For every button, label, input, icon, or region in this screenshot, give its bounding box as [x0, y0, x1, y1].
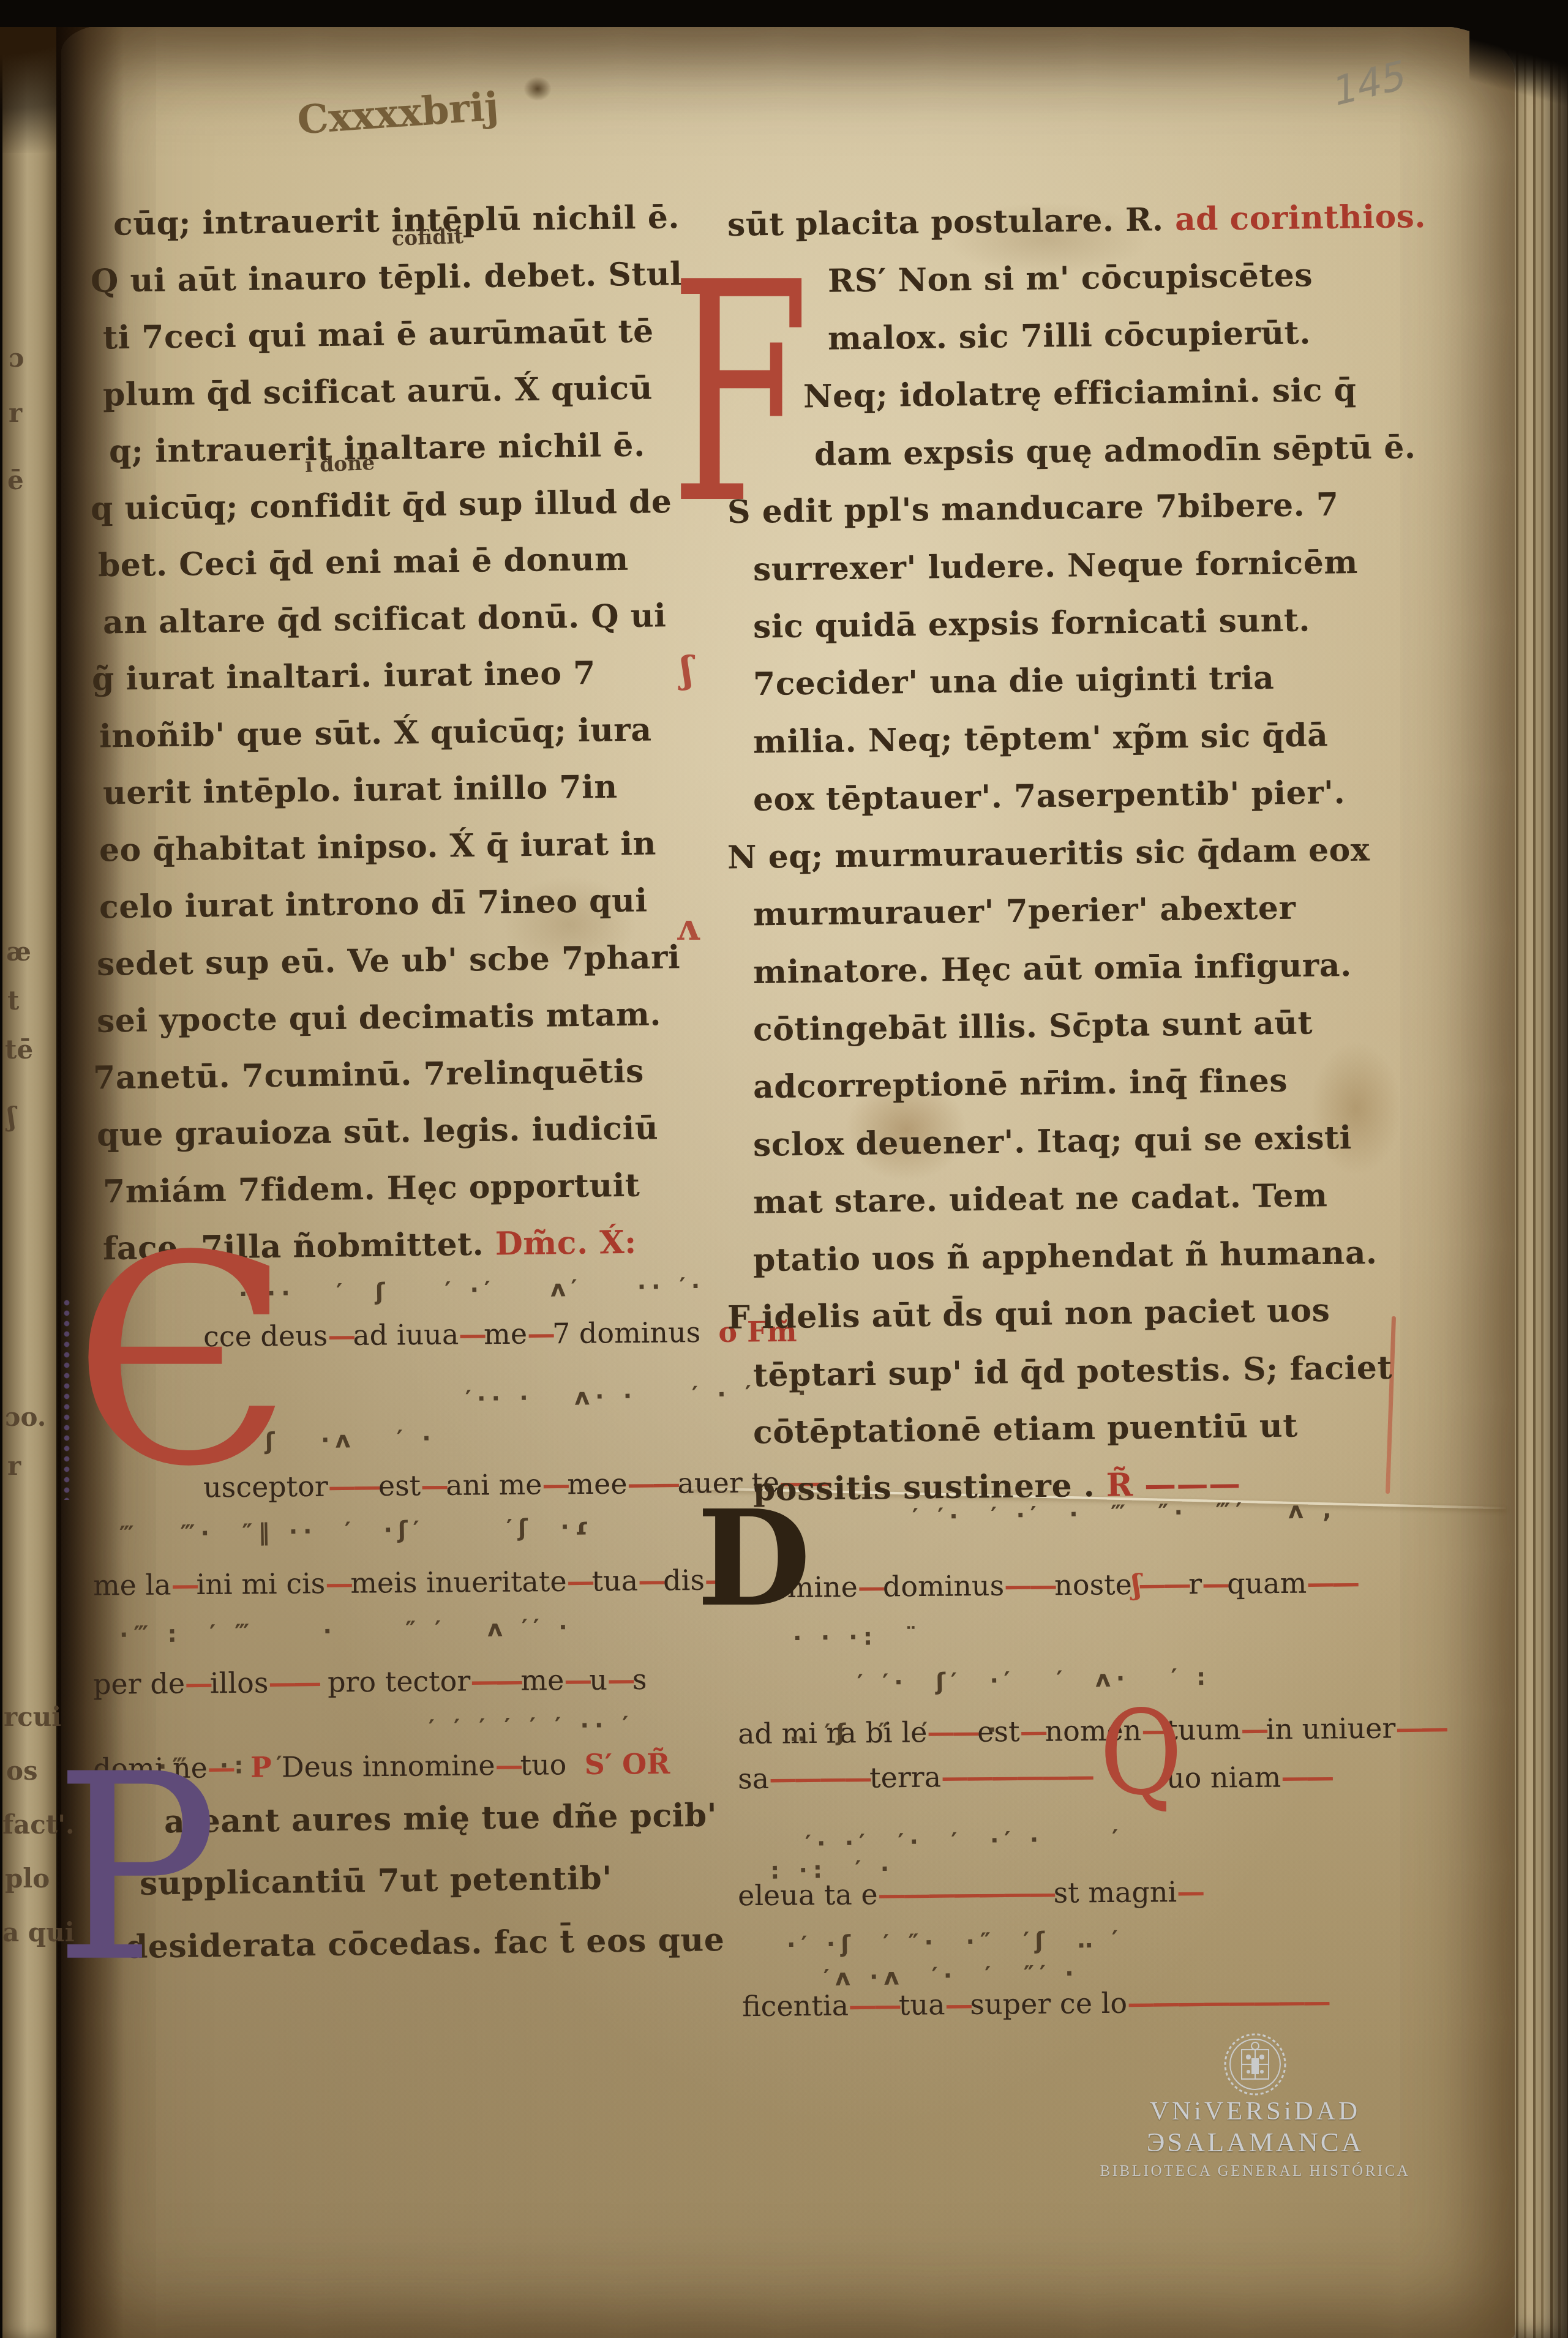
right-chant-line-3b-seg: uo niam	[1166, 1761, 1281, 1795]
left-line-2: Q ui aūt inauro tēpli. debet. Stul	[91, 255, 683, 300]
right-chant-line-5: ficentia——tua—super ce lo————————	[742, 1985, 1328, 2023]
gutter-fragment-2: r	[9, 398, 22, 428]
gutter-fragment-11: os	[6, 1756, 38, 1786]
left-chant-line-5-seg: S′ OR̃	[584, 1747, 670, 1781]
left-chant-line-1-seg: —	[328, 1319, 353, 1352]
right-chant-line-1-seg: —	[858, 1570, 883, 1603]
left-line-7-seg: bet. Ceci q̄d eni mai ē donum	[98, 541, 629, 585]
right-neume-row-2: · · ·: ¨	[793, 1622, 923, 1652]
right-line-22: cōtēptationē etiam puentiū ut	[753, 1407, 1298, 1452]
gutter-fragment-6: tē	[5, 1035, 33, 1065]
gutter-fragment-8: ɔo.	[5, 1402, 46, 1432]
gutter-fragment-5: t	[7, 986, 19, 1016]
left-line-3: ti 7ceci qui mai ē aurūmaūt tē	[103, 313, 654, 357]
right-chant-line-5-seg: ————————	[1127, 1985, 1328, 2020]
right-chant-line-3a: sa————terra——————	[738, 1759, 1092, 1795]
gutter-fragment-1-seg: ɔ	[9, 343, 24, 373]
left-chant-line-2-seg: ani me	[446, 1468, 542, 1502]
right-line-5-seg: dam expsis quę admodı̄n sēptū ē.	[814, 429, 1416, 473]
left-line-8: an altare q̄d scificat donū. Q ui	[103, 597, 667, 641]
left-interline-note-2-seg: ı done	[304, 451, 375, 477]
left-chant-line-2-seg: ——	[627, 1467, 677, 1501]
right-line-21: tēptari sup' id q̄d potestis. S; faciet	[753, 1349, 1393, 1395]
left-chant-line-4-seg: me	[520, 1663, 564, 1697]
right-line-20: F idelis aūt d̄s qui non paciet uos	[727, 1292, 1330, 1336]
left-line-13-seg: celo iurat introno dī 7ineo qui	[99, 882, 648, 926]
right-line-22-seg: cōtēptationē etiam puentiū ut	[753, 1407, 1298, 1452]
right-line-17-seg: sclox deuener'. Itaq; qui se existi	[753, 1119, 1352, 1164]
left-line-5: q; intrauerit inaltare nichil ē.	[109, 427, 645, 471]
right-chant-line-5-seg: ficentia	[742, 1989, 849, 2023]
left-line-14: sedet sup eū. Ve ub' scbe 7phari	[97, 939, 681, 983]
gutter-fragment-13: plo	[5, 1864, 50, 1894]
right-line-10-seg: milia. Neq; tēptem' xp̃m sic q̄dā	[753, 716, 1329, 760]
right-chant-line-1-seg: ʃ——	[1132, 1567, 1189, 1601]
photo-top-edge	[0, 0, 1568, 27]
left-chant-line-4-seg: s	[632, 1663, 647, 1696]
right-line-12: N eq; murmuraueritis sic q̄dam eox	[727, 831, 1370, 877]
right-margin-mark-2-seg: ʌ	[676, 906, 699, 949]
right-chant-line-5-seg: ——	[849, 1988, 899, 2022]
left-chant-line-3-seg: me la	[93, 1568, 171, 1602]
left-line-4-seg: plum q̄d scificat aurū. X́ quicū	[103, 370, 653, 414]
right-line-16-seg: adcorreptionē nr̄im. inq̄ fines	[753, 1062, 1288, 1106]
left-line-4: plum q̄d scificat aurū. X́ quicū	[103, 370, 653, 414]
gutter-fragment-7: ʃ	[7, 1102, 16, 1132]
fore-edge-shadow	[1469, 0, 1568, 116]
right-chant-line-1-seg: noste	[1054, 1568, 1132, 1602]
left-prayer-line-1: ateant aures mię tue dñe pcib'	[164, 1796, 718, 1840]
left-line-13: celo iurat introno dī 7ineo qui	[99, 882, 648, 926]
left-line-19-seg: Dm̃c. X́:	[495, 1224, 637, 1263]
gutter-fragment-1: ɔ	[9, 343, 24, 373]
left-chant-line-2-seg: mee	[567, 1467, 628, 1501]
right-line-7-seg: surrexer' ludere. Neque fornicēm	[753, 544, 1359, 588]
right-neume-row-4-seg: ‥ ′ʃ ″ ′ ·	[790, 1716, 1002, 1747]
gutter-fragment-4: æ	[6, 937, 31, 967]
library-watermark: VNiVERSiDAD ЭSALAMANCA BIBLIOTECA GENERA…	[1096, 2033, 1414, 2180]
initial-f-frs: F	[670, 277, 810, 513]
left-chant-line-1-seg: 7 dominus	[552, 1316, 719, 1350]
right-line-21-seg: tēptari sup' id q̄d potestis. S; faciet	[753, 1349, 1393, 1395]
left-line-12-seg: eo q̄habitat inipso. X́ q̄ iurat in	[99, 825, 657, 869]
gutter-fragment-9: r	[7, 1451, 21, 1481]
left-chant-line-3: me la—ini mi cis—meis inueritate—tua—dis…	[93, 1563, 730, 1602]
right-line-17: sclox deuener'. Itaq; qui se existi	[753, 1119, 1352, 1164]
right-chant-line-1-seg: ——	[1004, 1568, 1054, 1602]
gutter-fragment-4-seg: æ	[6, 937, 31, 967]
watermark-institution-line1: VNiVERSiDAD	[1096, 2096, 1414, 2126]
right-chant-line-4: eleua ta e———————st magni—	[738, 1875, 1202, 1913]
left-chant-line-4-seg: illos	[210, 1666, 269, 1699]
right-line-9-seg: 7cecider' una die uiginti tria	[753, 659, 1275, 703]
right-line-2: RS′ Non si m' cōcupiscētes	[828, 257, 1313, 300]
right-line-19-seg: ptatio uos ñ apphendat ñ humana.	[753, 1234, 1378, 1279]
right-chant-line-3a-seg: sa	[738, 1762, 770, 1795]
right-line-3: malox. sic 7illi cōcupierūt.	[828, 314, 1311, 358]
left-line-2-seg: Q ui aūt inauro tēpli. debet. Stul	[91, 255, 683, 300]
gutter-fragment-10: rcui	[4, 1702, 61, 1732]
initial-p-pateant: P	[54, 1769, 219, 1970]
left-chant-line-5-seg: —	[495, 1748, 520, 1782]
right-line-20-seg: F idelis aūt d̄s qui non paciet uos	[727, 1292, 1330, 1336]
left-chant-line-4: per de—illos—— pro tector——me—u—s	[93, 1663, 647, 1701]
left-line-11-seg: uerit intēplo. iurat inillo 7in	[103, 768, 618, 812]
left-chant-line-3-seg: —	[638, 1564, 663, 1597]
left-chant-line-3-seg: meis inueritate	[350, 1565, 567, 1600]
gutter-fragment-11-seg: os	[6, 1756, 38, 1786]
university-seal-icon	[1223, 2033, 1287, 2096]
left-chant-line-4-seg: pro tector	[318, 1665, 470, 1699]
right-line-11-seg: eox tēptauer'. 7aserpentib' pier'.	[753, 774, 1346, 819]
left-chant-line-4-seg: per de	[93, 1667, 185, 1701]
right-line-13: murmurauer' 7perier' abexter	[753, 890, 1296, 934]
left-line-10: inoñib' que sūt. X́ quicūq; iura	[99, 711, 652, 755]
right-neume-row-2-seg: · · ·: ¨	[793, 1622, 923, 1652]
left-chant-line-4-seg: ——	[470, 1664, 520, 1698]
right-chant-line-1-seg: dominus	[883, 1569, 1005, 1603]
right-chant-line-2-seg: —	[1019, 1715, 1045, 1748]
right-line-6: S edit ppl's manducare 7bibere. 7	[727, 486, 1339, 531]
left-line-17-seg: que grauioza sūt. legis. iudiciū	[97, 1109, 659, 1153]
left-chant-line-5-seg: tuo	[520, 1748, 585, 1782]
right-line-18: mat stare. uideat ne cadat. Tem	[753, 1177, 1328, 1221]
left-chant-line-2-seg: —	[542, 1467, 567, 1501]
right-chant-line-5-seg: tua	[899, 1988, 945, 2021]
right-line-2-seg: RS′ Non si m' cōcupiscētes	[828, 257, 1313, 300]
left-chant-line-3-seg: —	[171, 1568, 196, 1601]
left-chant-line-4-seg: ——	[268, 1666, 318, 1699]
right-line-12-seg: N eq; murmuraueritis sic q̄dam eox	[727, 831, 1370, 877]
left-chant-line-5-seg: P	[250, 1750, 282, 1783]
left-chant-line-1-seg: ad iuua	[353, 1318, 459, 1352]
right-chant-line-1-seg: quam	[1227, 1567, 1307, 1600]
left-chant-line-2-seg: est	[378, 1469, 421, 1502]
right-line-15: cōtingebāt illis. Sc̄pta sunt aūt	[753, 1004, 1313, 1048]
right-chant-line-3b-seg: ——	[1281, 1760, 1331, 1794]
right-line-4-seg: Neq; idolatrę efficiamini. sic q̄	[803, 371, 1357, 415]
right-line-8-seg: sic quidā expsis fornicati sunt.	[753, 601, 1311, 645]
right-chant-line-1: omine—dominus——nosteʃ——r—quam——	[770, 1566, 1357, 1604]
gutter-fragment-7-seg: ʃ	[7, 1102, 16, 1132]
right-chant-line-5-seg: —	[945, 1988, 970, 2021]
right-line-1-seg: ad corinthios.	[1175, 198, 1427, 238]
right-chant-line-4-seg: ———————	[877, 1876, 1053, 1911]
gutter-fragment-9-seg: r	[7, 1451, 21, 1481]
initial-e-ecce: Є	[72, 1250, 293, 1475]
right-line-8: sic quidā expsis fornicati sunt.	[753, 601, 1311, 645]
left-line-11: uerit intēplo. iurat inillo 7in	[103, 768, 618, 812]
left-chant-line-4-seg: —	[607, 1663, 632, 1696]
left-line-15-seg: sei ypocte qui decimatis mtam.	[97, 995, 662, 1040]
left-prayer-line-1-seg: ateant aures mię tue dñe pcib'	[164, 1796, 718, 1840]
left-chant-line-4-seg: u	[589, 1663, 607, 1696]
right-line-18-seg: mat stare. uideat ne cadat. Tem	[753, 1177, 1328, 1221]
left-chant-line-1-seg: me	[484, 1317, 527, 1351]
right-line-16: adcorreptionē nr̄im. inq̄ fines	[753, 1062, 1288, 1106]
right-chant-line-2-seg: —	[1240, 1713, 1266, 1746]
right-chant-line-5-seg: super ce lo	[970, 1987, 1127, 2021]
right-neume-row-5-seg: ′· ·′ ′· ′ ·′ · ′	[805, 1824, 1124, 1857]
left-chant-line-4-seg: —	[185, 1666, 210, 1699]
right-line-11: eox tēptauer'. 7aserpentib' pier'.	[753, 774, 1346, 819]
right-margin-mark-2: ʌ	[676, 906, 699, 949]
left-chant-line-3-seg: —	[566, 1564, 591, 1597]
left-line-6-seg: q uicūq; confidit q̄d sup illud de	[91, 483, 672, 528]
right-chant-line-4-seg: —	[1177, 1875, 1202, 1908]
right-line-10: milia. Neq; tēptem' xp̃m sic q̄dā	[753, 716, 1329, 760]
gutter-fragment-8-seg: ɔo.	[5, 1402, 46, 1432]
left-line-17: que grauioza sūt. legis. iudiciū	[97, 1109, 659, 1153]
right-neume-row-4: ‥ ′ʃ ″ ′ ·	[790, 1716, 1002, 1747]
left-chant-line-3-seg: —	[325, 1567, 350, 1600]
left-line-3-seg: ti 7ceci qui mai ē aurūmaūt tē	[103, 313, 654, 357]
right-line-14-seg: minatore. Hęc aūt omīa infigura.	[753, 946, 1352, 991]
left-line-12: eo q̄habitat inipso. X́ q̄ iurat in	[99, 825, 657, 869]
left-interline-note-1: cōfidit	[391, 224, 463, 250]
right-line-6-seg: S edit ppl's manducare 7bibere. 7	[727, 486, 1339, 531]
right-line-9: 7cecider' una die uiginti tria	[753, 659, 1275, 703]
left-line-5-seg: q; intrauerit inaltare nichil ē.	[109, 427, 645, 471]
right-line-5: dam expsis quę admodı̄n sēptū ē.	[814, 429, 1416, 473]
gutter-fragment-3-seg: ē	[7, 465, 24, 495]
left-line-15: sei ypocte qui decimatis mtam.	[97, 995, 662, 1040]
left-chant-line-5-seg: Deus innomine	[282, 1748, 495, 1783]
left-chant-line-1-seg: —	[459, 1317, 484, 1351]
right-line-19: ptatio uos ñ apphendat ñ humana.	[753, 1234, 1378, 1279]
right-line-7: surrexer' ludere. Neque fornicēm	[753, 544, 1359, 588]
right-margin-mark-1-seg: ʃ	[681, 649, 693, 692]
right-chant-line-2-seg: ——	[1395, 1711, 1446, 1745]
left-neume-row-6-seg: ′ ′ ′ ′ ′ ′ ·· ′	[429, 1711, 634, 1742]
manuscript-photo: Cxxxxbrij 145 cūq; intrauerit intēplū ni…	[0, 0, 1568, 2338]
left-chant-line-2-seg: ——	[328, 1469, 378, 1503]
left-interline-note-2: ı done	[304, 451, 375, 477]
left-line-8-seg: an altare q̄d scificat donū. Q ui	[103, 597, 667, 641]
right-chant-line-1-seg: ——	[1307, 1566, 1357, 1600]
initial-q-quoniam: Q	[1100, 1708, 1182, 1799]
right-margin-mark-1: ʃ	[681, 649, 693, 692]
right-chant-line-3a-seg: ——————	[941, 1759, 1092, 1793]
gutter-fragment-5-seg: t	[7, 986, 19, 1016]
right-chant-line-2-seg: in uniuer	[1266, 1712, 1395, 1746]
right-line-14: minatore. Hęc aūt omīa infigura.	[753, 946, 1352, 991]
left-chant-line-1-seg: —	[527, 1317, 552, 1350]
left-chant-line-2-seg: —	[421, 1469, 446, 1502]
gutter-fragment-6-seg: tē	[5, 1035, 33, 1065]
gutter-fragment-3: ē	[7, 465, 24, 495]
left-neume-row-6: ′ ′ ′ ′ ′ ′ ·· ′	[429, 1711, 634, 1742]
right-chant-line-4-seg: st magni	[1053, 1875, 1177, 1909]
left-line-9: g̃ iurat inaltari. iurat ineo 7	[92, 654, 596, 698]
left-interline-note-1-seg: cōfidit	[391, 224, 463, 250]
right-line-13-seg: murmurauer' 7perier' abexter	[753, 890, 1296, 934]
gutter-fragment-10-seg: rcui	[4, 1702, 61, 1732]
right-chant-line-3b: uo niam——	[1166, 1760, 1332, 1794]
right-chant-line-1-seg: —	[1202, 1567, 1227, 1600]
gutter-fragment-2-seg: r	[9, 398, 22, 428]
left-line-14-seg: sedet sup eū. Ve ub' scbe 7phari	[97, 939, 681, 983]
left-line-10-seg: inoñib' que sūt. X́ quicūq; iura	[99, 711, 652, 755]
right-line-3-seg: malox. sic 7illi cōcupierūt.	[828, 314, 1311, 358]
left-line-16: 7anetū. 7cuminū. 7relinquētis	[93, 1053, 645, 1097]
right-chant-line-4-seg: eleua ta e	[738, 1878, 878, 1912]
right-chant-line-3a-seg: ————	[769, 1761, 869, 1795]
right-line-15-seg: cōtingebāt illis. Sc̄pta sunt aūt	[753, 1004, 1313, 1048]
gutter-fragment-13-seg: plo	[5, 1864, 50, 1894]
left-line-16-seg: 7anetū. 7cuminū. 7relinquētis	[93, 1053, 645, 1097]
left-chant-line-5-seg	[233, 1751, 251, 1784]
right-chant-line-3a-seg: terra	[869, 1761, 942, 1794]
watermark-library-line: BIBLIOTECA GENERAL HISTÓRICA	[1096, 2163, 1414, 2180]
right-chant-line-1-seg: r	[1188, 1567, 1202, 1600]
left-line-6: q uicūq; confidit q̄d sup illud de	[91, 483, 672, 528]
right-line-4: Neq; idolatrę efficiamini. sic q̄	[803, 371, 1357, 415]
left-chant-line-3-seg: ini mi cis	[196, 1567, 325, 1601]
initial-d-domine: D	[697, 1507, 811, 1610]
left-line-9-seg: g̃ iurat inaltari. iurat ineo 7	[92, 654, 596, 698]
left-line-7: bet. Ceci q̄d eni mai ē donum	[98, 541, 629, 585]
left-chant-line-4-seg: —	[564, 1663, 589, 1696]
right-neume-row-5: ′· ·′ ′· ′ ·′ · ′	[805, 1824, 1124, 1857]
watermark-institution-line2: ЭSALAMANCA	[1096, 2126, 1414, 2158]
left-chant-line-3-seg: tua	[591, 1564, 638, 1598]
